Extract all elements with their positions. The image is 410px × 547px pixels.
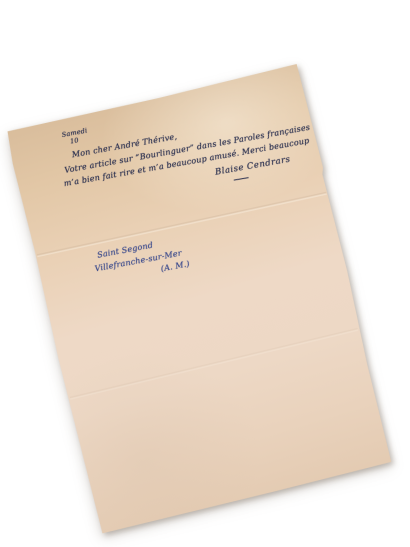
paper-sheet: Samedi 10 Mon cher André Thérive, Votre … [5, 63, 392, 534]
letter-message: Mon cher André Thérive, Votre article su… [61, 108, 312, 209]
address-block: Saint Segond Villefranche-sur-Mer (A. M.… [96, 234, 191, 287]
date-annotation-number: 10 [69, 134, 89, 145]
paper-surface: Samedi 10 Mon cher André Thérive, Votre … [5, 63, 392, 534]
signature-underline [234, 177, 249, 181]
date-annotation: Samedi 10 [61, 127, 89, 147]
letter-photograph: Samedi 10 Mon cher André Thérive, Votre … [0, 0, 410, 547]
fold-crease-lower [70, 328, 358, 400]
